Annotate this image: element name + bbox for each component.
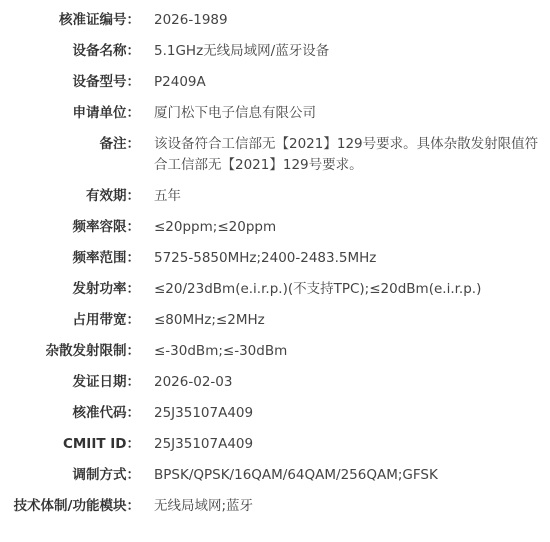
field-label: CMIIT ID： bbox=[0, 430, 140, 459]
field-label: 核准证编号： bbox=[0, 6, 140, 35]
field-label: 设备名称： bbox=[0, 37, 140, 66]
field-frequency-tolerance: 频率容限： ≤20ppm;≤20ppm bbox=[0, 213, 550, 244]
field-value: ≤-30dBm;≤-30dBm bbox=[154, 337, 550, 366]
field-device-name: 设备名称： 5.1GHz无线局域网/蓝牙设备 bbox=[0, 37, 550, 68]
field-value: 2026-02-03 bbox=[154, 368, 550, 397]
field-label: 占用带宽： bbox=[0, 306, 140, 335]
field-value: ≤20/23dBm(e.i.r.p.)(不支持TPC);≤20dBm(e.i.r… bbox=[154, 275, 550, 304]
field-label: 发射功率： bbox=[0, 275, 140, 304]
field-value: 该设备符合工信部无【2021】129号要求。具体杂散发射限值符合工信部无【202… bbox=[154, 130, 550, 182]
field-label: 申请单位： bbox=[0, 99, 140, 128]
field-value: ≤80MHz;≤2MHz bbox=[154, 306, 550, 335]
field-label: 技术体制/功能模块： bbox=[0, 492, 140, 521]
field-approval-number: 核准证编号： 2026-1989 bbox=[0, 6, 550, 37]
field-technology-module: 技术体制/功能模块： 无线局域网;蓝牙 bbox=[0, 492, 550, 523]
field-value: 25J35107A409 bbox=[154, 399, 550, 428]
field-label: 核准代码： bbox=[0, 399, 140, 428]
field-transmit-power: 发射功率： ≤20/23dBm(e.i.r.p.)(不支持TPC);≤20dBm… bbox=[0, 275, 550, 306]
field-label: 调制方式： bbox=[0, 461, 140, 490]
field-cmiit-id: CMIIT ID： 25J35107A409 bbox=[0, 430, 550, 461]
field-label: 频率范围： bbox=[0, 244, 140, 273]
field-remarks: 备注： 该设备符合工信部无【2021】129号要求。具体杂散发射限值符合工信部无… bbox=[0, 130, 550, 182]
field-frequency-range: 频率范围： 5725-5850MHz;2400-2483.5MHz bbox=[0, 244, 550, 275]
field-value: 五年 bbox=[154, 182, 550, 211]
field-value: 25J35107A409 bbox=[154, 430, 550, 459]
field-spurious-emission-limit: 杂散发射限制： ≤-30dBm;≤-30dBm bbox=[0, 337, 550, 368]
field-value: 5.1GHz无线局域网/蓝牙设备 bbox=[154, 37, 550, 66]
field-label: 设备型号： bbox=[0, 68, 140, 97]
field-validity: 有效期： 五年 bbox=[0, 182, 550, 213]
field-label: 频率容限： bbox=[0, 213, 140, 242]
field-value: 5725-5850MHz;2400-2483.5MHz bbox=[154, 244, 550, 273]
field-value: 无线局域网;蓝牙 bbox=[154, 492, 550, 521]
field-value: 2026-1989 bbox=[154, 6, 550, 35]
field-occupied-bandwidth: 占用带宽： ≤80MHz;≤2MHz bbox=[0, 306, 550, 337]
field-value: P2409A bbox=[154, 68, 550, 97]
field-label: 杂散发射限制： bbox=[0, 337, 140, 366]
field-modulation: 调制方式： BPSK/QPSK/16QAM/64QAM/256QAM;GFSK bbox=[0, 461, 550, 492]
field-label: 发证日期： bbox=[0, 368, 140, 397]
field-issue-date: 发证日期： 2026-02-03 bbox=[0, 368, 550, 399]
field-approval-code: 核准代码： 25J35107A409 bbox=[0, 399, 550, 430]
field-value: ≤20ppm;≤20ppm bbox=[154, 213, 550, 242]
certificate-details: 核准证编号： 2026-1989 设备名称： 5.1GHz无线局域网/蓝牙设备 … bbox=[0, 6, 550, 523]
field-label: 有效期： bbox=[0, 182, 140, 211]
field-value: BPSK/QPSK/16QAM/64QAM/256QAM;GFSK bbox=[154, 461, 550, 490]
field-label: 备注： bbox=[0, 130, 140, 159]
field-device-model: 设备型号： P2409A bbox=[0, 68, 550, 99]
field-applicant: 申请单位： 厦门松下电子信息有限公司 bbox=[0, 99, 550, 130]
field-value: 厦门松下电子信息有限公司 bbox=[154, 99, 550, 128]
